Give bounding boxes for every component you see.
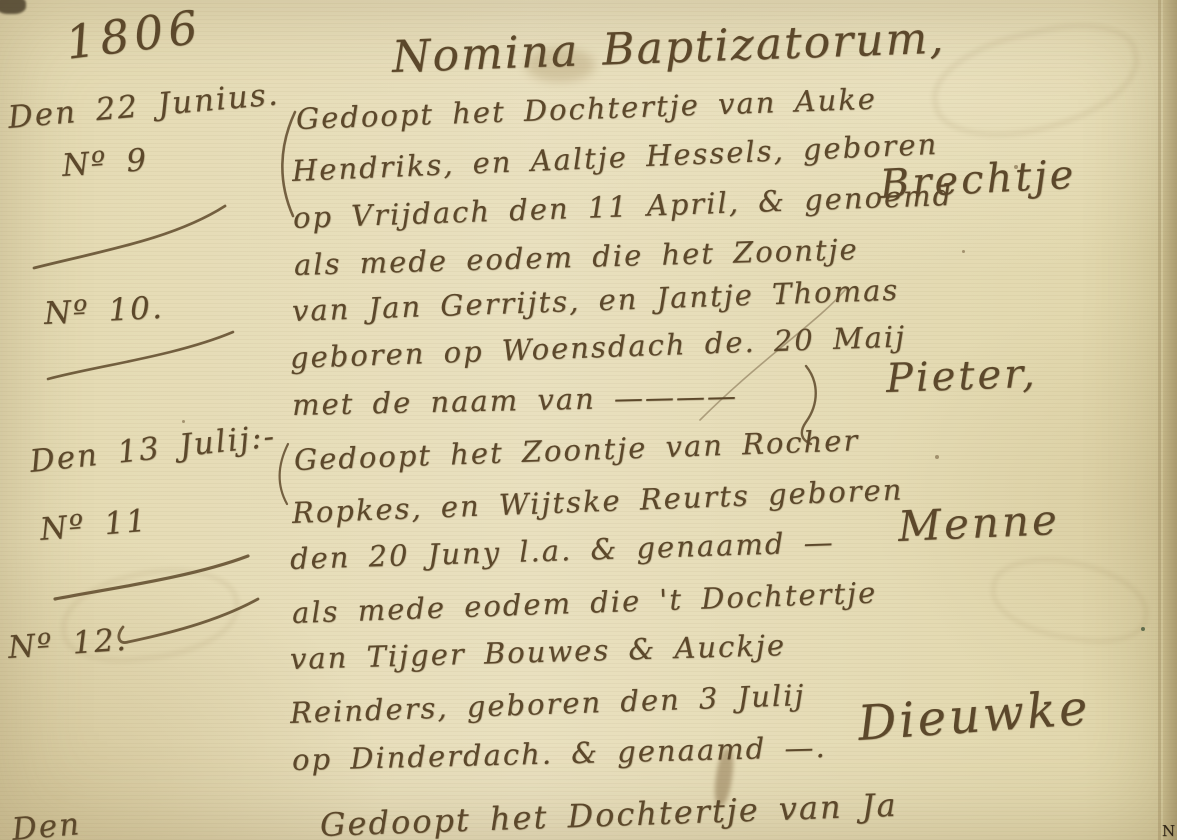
entry1-line: op Vrijdach den 11 April, & genoemd <box>292 178 953 235</box>
margin-date-1: Den 22 Junius. <box>6 76 280 136</box>
entry2-line: als mede eodem die 't Dochtertje <box>291 576 877 630</box>
year-label: 1806 <box>63 0 206 70</box>
entry-number-10: Nº 10. <box>43 290 165 332</box>
page-title: Nomina Baptizatorum, <box>391 13 946 83</box>
entry2-line: van Tijger Bouwes & Auckje <box>290 628 787 676</box>
bottom-partial-line: Gedoopt het Dochtertje van Ja <box>319 786 898 840</box>
paper-speck <box>935 455 939 459</box>
paper-stain <box>0 0 26 14</box>
baptism-name-menne: Menne <box>897 495 1061 551</box>
entry2-line: op Dinderdach. & genaamd —. <box>292 730 827 777</box>
entry1-line: Gedoopt het Dochtertje van Auke <box>295 82 877 136</box>
entry1-line: geboren op Woensdach de. 20 Maij <box>289 319 906 374</box>
scan-edge-shadow <box>1163 0 1177 840</box>
margin-date-2: Den 13 Julij:- <box>28 418 277 480</box>
paper-speck <box>962 250 965 253</box>
bleedthrough-mark <box>922 9 1151 153</box>
baptism-name-dieuwke: Dieuwke <box>856 680 1092 752</box>
entry-number-11: Nº 11 <box>38 503 149 548</box>
entry1-line: van Jan Gerrijts, en Jantje Thomas <box>291 273 899 328</box>
bottom-partial-margin: Den <box>10 806 82 840</box>
entry1-line: Hendriks, en Aaltje Hessels, geboren <box>291 127 939 188</box>
entry-number-12: Nº 12. <box>7 622 129 666</box>
entry-number-9: Nº 9 <box>61 142 150 184</box>
page-edge-rule <box>1158 0 1161 840</box>
baptism-name-pieter: Pieter, <box>885 351 1038 402</box>
entry1-line: met de naam van ———— <box>292 379 739 422</box>
corner-mark: N <box>1162 822 1175 840</box>
entry1-line: als mede eodem die het Zoontje <box>294 232 860 282</box>
paper-speck <box>1141 627 1145 631</box>
baptism-name-brechtje: Brechtje <box>879 152 1078 208</box>
bleedthrough-mark <box>985 548 1156 652</box>
entry2-line: den 20 Juny l.a. & genaamd — <box>289 525 835 576</box>
entry2-line: Reinders, geboren den 3 Julij <box>289 678 806 730</box>
baptism-register-page: 1806 Nomina Baptizatorum, Den 22 Junius.… <box>0 0 1177 840</box>
entry2-line: Gedoopt het Zoontje van Rocher <box>293 423 859 477</box>
paper-speck <box>182 420 185 423</box>
entry2-line: Ropkes, en Wijtske Reurts geboren <box>291 473 904 530</box>
